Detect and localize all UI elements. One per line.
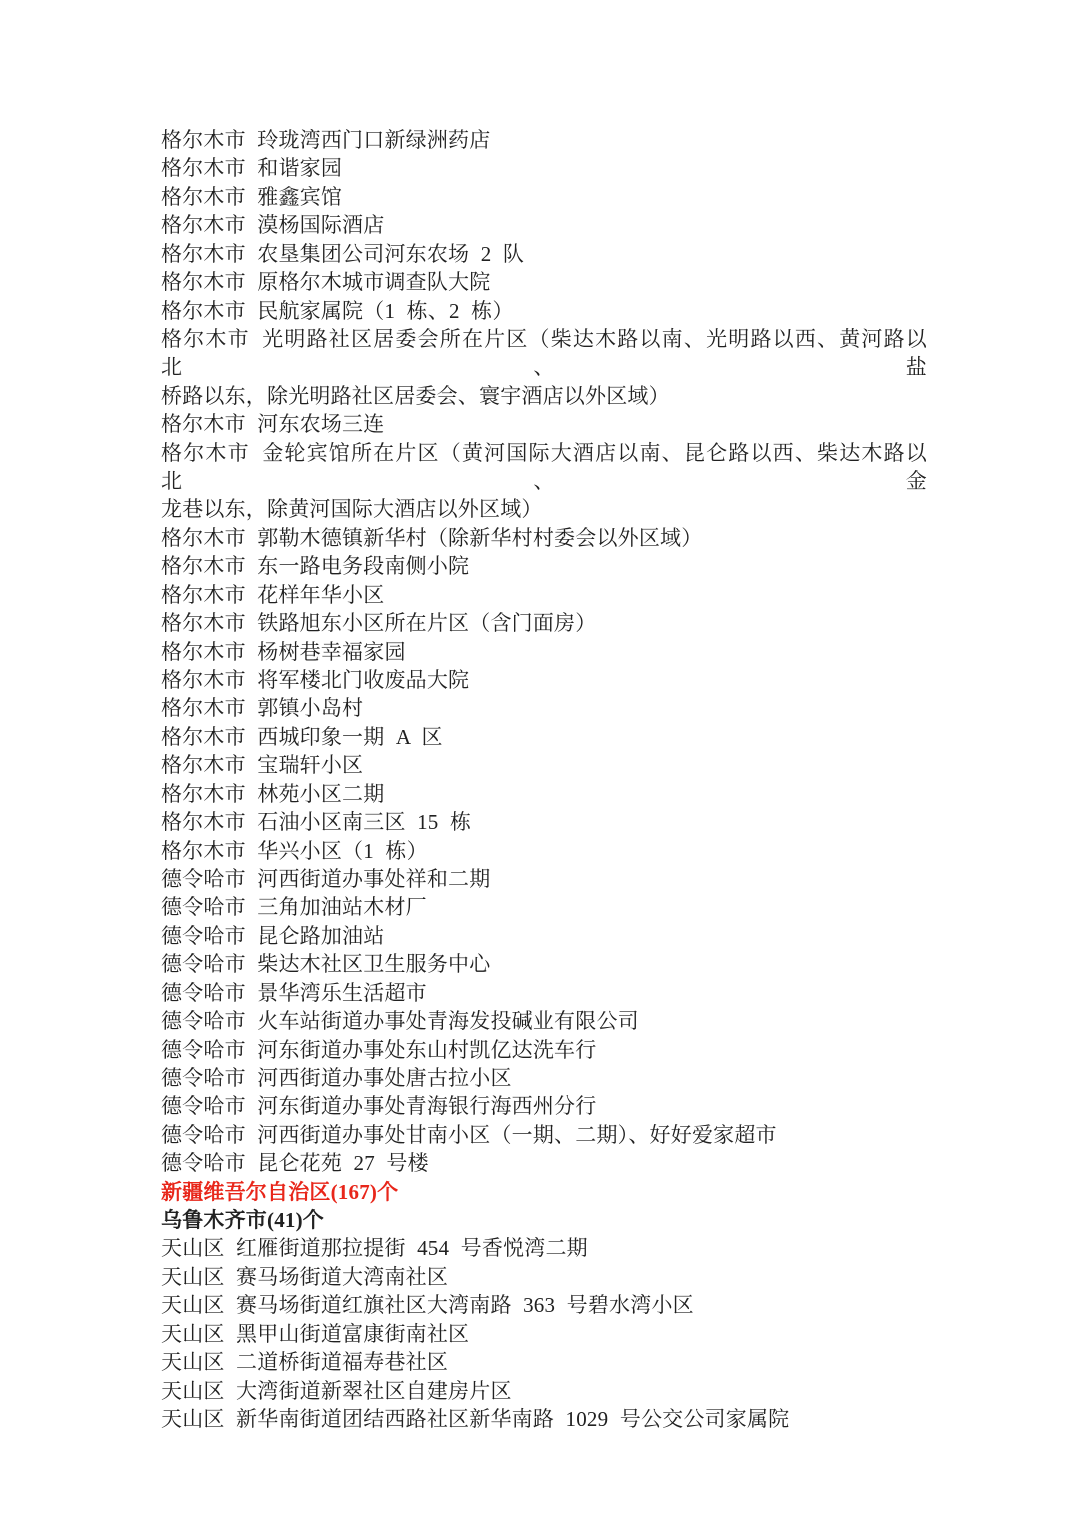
risk-area-list: 格尔木市 玲珑湾西门口新绿洲药店格尔木市 和谐家园格尔木市 雅鑫宾馆格尔木市 漠… xyxy=(161,126,927,1433)
risk-area-entry: 格尔木市 和谐家园 xyxy=(161,154,927,182)
risk-area-entry: 格尔木市 光明路社区居委会所在片区（柴达木路以南、光明路以西、黄河路以北、盐 xyxy=(161,325,927,382)
risk-area-entry: 格尔木市 郭勒木德镇新华村（除新华村村委会以外区域） xyxy=(161,524,927,552)
risk-area-entry: 格尔木市 铁路旭东小区所在片区（含门面房） xyxy=(161,609,927,637)
risk-area-entry: 格尔木市 西城印象一期 A 区 xyxy=(161,723,927,751)
risk-area-entry: 德令哈市 河西街道办事处甘南小区（一期、二期）、好好爱家超市 xyxy=(161,1121,927,1149)
risk-area-entry-continuation: 桥路以东，除光明路社区居委会、寰宇酒店以外区域） xyxy=(161,382,927,410)
risk-area-entry: 天山区 大湾街道新翠社区自建房片区 xyxy=(161,1377,927,1405)
risk-area-entry: 德令哈市 河东街道办事处青海银行海西州分行 xyxy=(161,1092,927,1120)
risk-area-entry: 德令哈市 昆仑花苑 27 号楼 xyxy=(161,1149,927,1177)
risk-area-entry: 德令哈市 柴达木社区卫生服务中心 xyxy=(161,950,927,978)
risk-area-entry-continuation: 龙巷以东，除黄河国际大酒店以外区域） xyxy=(161,495,927,523)
risk-area-entry: 格尔木市 民航家属院（1 栋、2 栋） xyxy=(161,297,927,325)
risk-area-entry: 德令哈市 河东街道办事处东山村凯亿达洗车行 xyxy=(161,1036,927,1064)
risk-area-entry: 格尔木市 雅鑫宾馆 xyxy=(161,183,927,211)
risk-area-entry: 格尔木市 郭镇小岛村 xyxy=(161,694,927,722)
risk-area-entry: 格尔木市 华兴小区（1 栋） xyxy=(161,837,927,865)
city-heading: 乌鲁木齐市(41)个 xyxy=(161,1206,927,1234)
risk-area-entry: 格尔木市 漠杨国际酒店 xyxy=(161,211,927,239)
risk-area-entry: 天山区 赛马场街道大湾南社区 xyxy=(161,1263,927,1291)
risk-area-entry: 格尔木市 将军楼北门收废品大院 xyxy=(161,666,927,694)
risk-area-entry: 天山区 赛马场街道红旗社区大湾南路 363 号碧水湾小区 xyxy=(161,1291,927,1319)
risk-area-entry: 天山区 黑甲山街道富康街南社区 xyxy=(161,1320,927,1348)
risk-area-entry: 格尔木市 玲珑湾西门口新绿洲药店 xyxy=(161,126,927,154)
province-heading: 新疆维吾尔自治区(167)个 xyxy=(161,1178,927,1206)
risk-area-entry: 格尔木市 宝瑞轩小区 xyxy=(161,751,927,779)
risk-area-entry: 德令哈市 火车站街道办事处青海发投碱业有限公司 xyxy=(161,1007,927,1035)
risk-area-entry: 格尔木市 林苑小区二期 xyxy=(161,780,927,808)
risk-area-entry: 格尔木市 花样年华小区 xyxy=(161,581,927,609)
risk-area-entry: 格尔木市 东一路电务段南侧小院 xyxy=(161,552,927,580)
risk-area-entry: 天山区 二道桥街道福寿巷社区 xyxy=(161,1348,927,1376)
risk-area-entry: 德令哈市 昆仑路加油站 xyxy=(161,922,927,950)
risk-area-entry: 格尔木市 原格尔木城市调查队大院 xyxy=(161,268,927,296)
risk-area-entry: 德令哈市 景华湾乐生活超市 xyxy=(161,979,927,1007)
risk-area-entry: 德令哈市 河西街道办事处祥和二期 xyxy=(161,865,927,893)
risk-area-entry: 天山区 新华南街道团结西路社区新华南路 1029 号公交公司家属院 xyxy=(161,1405,927,1433)
risk-area-entry: 天山区 红雁街道那拉提街 454 号香悦湾二期 xyxy=(161,1234,927,1262)
risk-area-entry: 格尔木市 农垦集团公司河东农场 2 队 xyxy=(161,240,927,268)
document-page: 格尔木市 玲珑湾西门口新绿洲药店格尔木市 和谐家园格尔木市 雅鑫宾馆格尔木市 漠… xyxy=(0,0,1080,1526)
risk-area-entry: 德令哈市 河西街道办事处唐古拉小区 xyxy=(161,1064,927,1092)
risk-area-entry: 德令哈市 三角加油站木材厂 xyxy=(161,893,927,921)
risk-area-entry: 格尔木市 金轮宾馆所在片区（黄河国际大酒店以南、昆仑路以西、柴达木路以北、金 xyxy=(161,439,927,496)
risk-area-entry: 格尔木市 石油小区南三区 15 栋 xyxy=(161,808,927,836)
risk-area-entry: 格尔木市 杨树巷幸福家园 xyxy=(161,638,927,666)
risk-area-entry: 格尔木市 河东农场三连 xyxy=(161,410,927,438)
